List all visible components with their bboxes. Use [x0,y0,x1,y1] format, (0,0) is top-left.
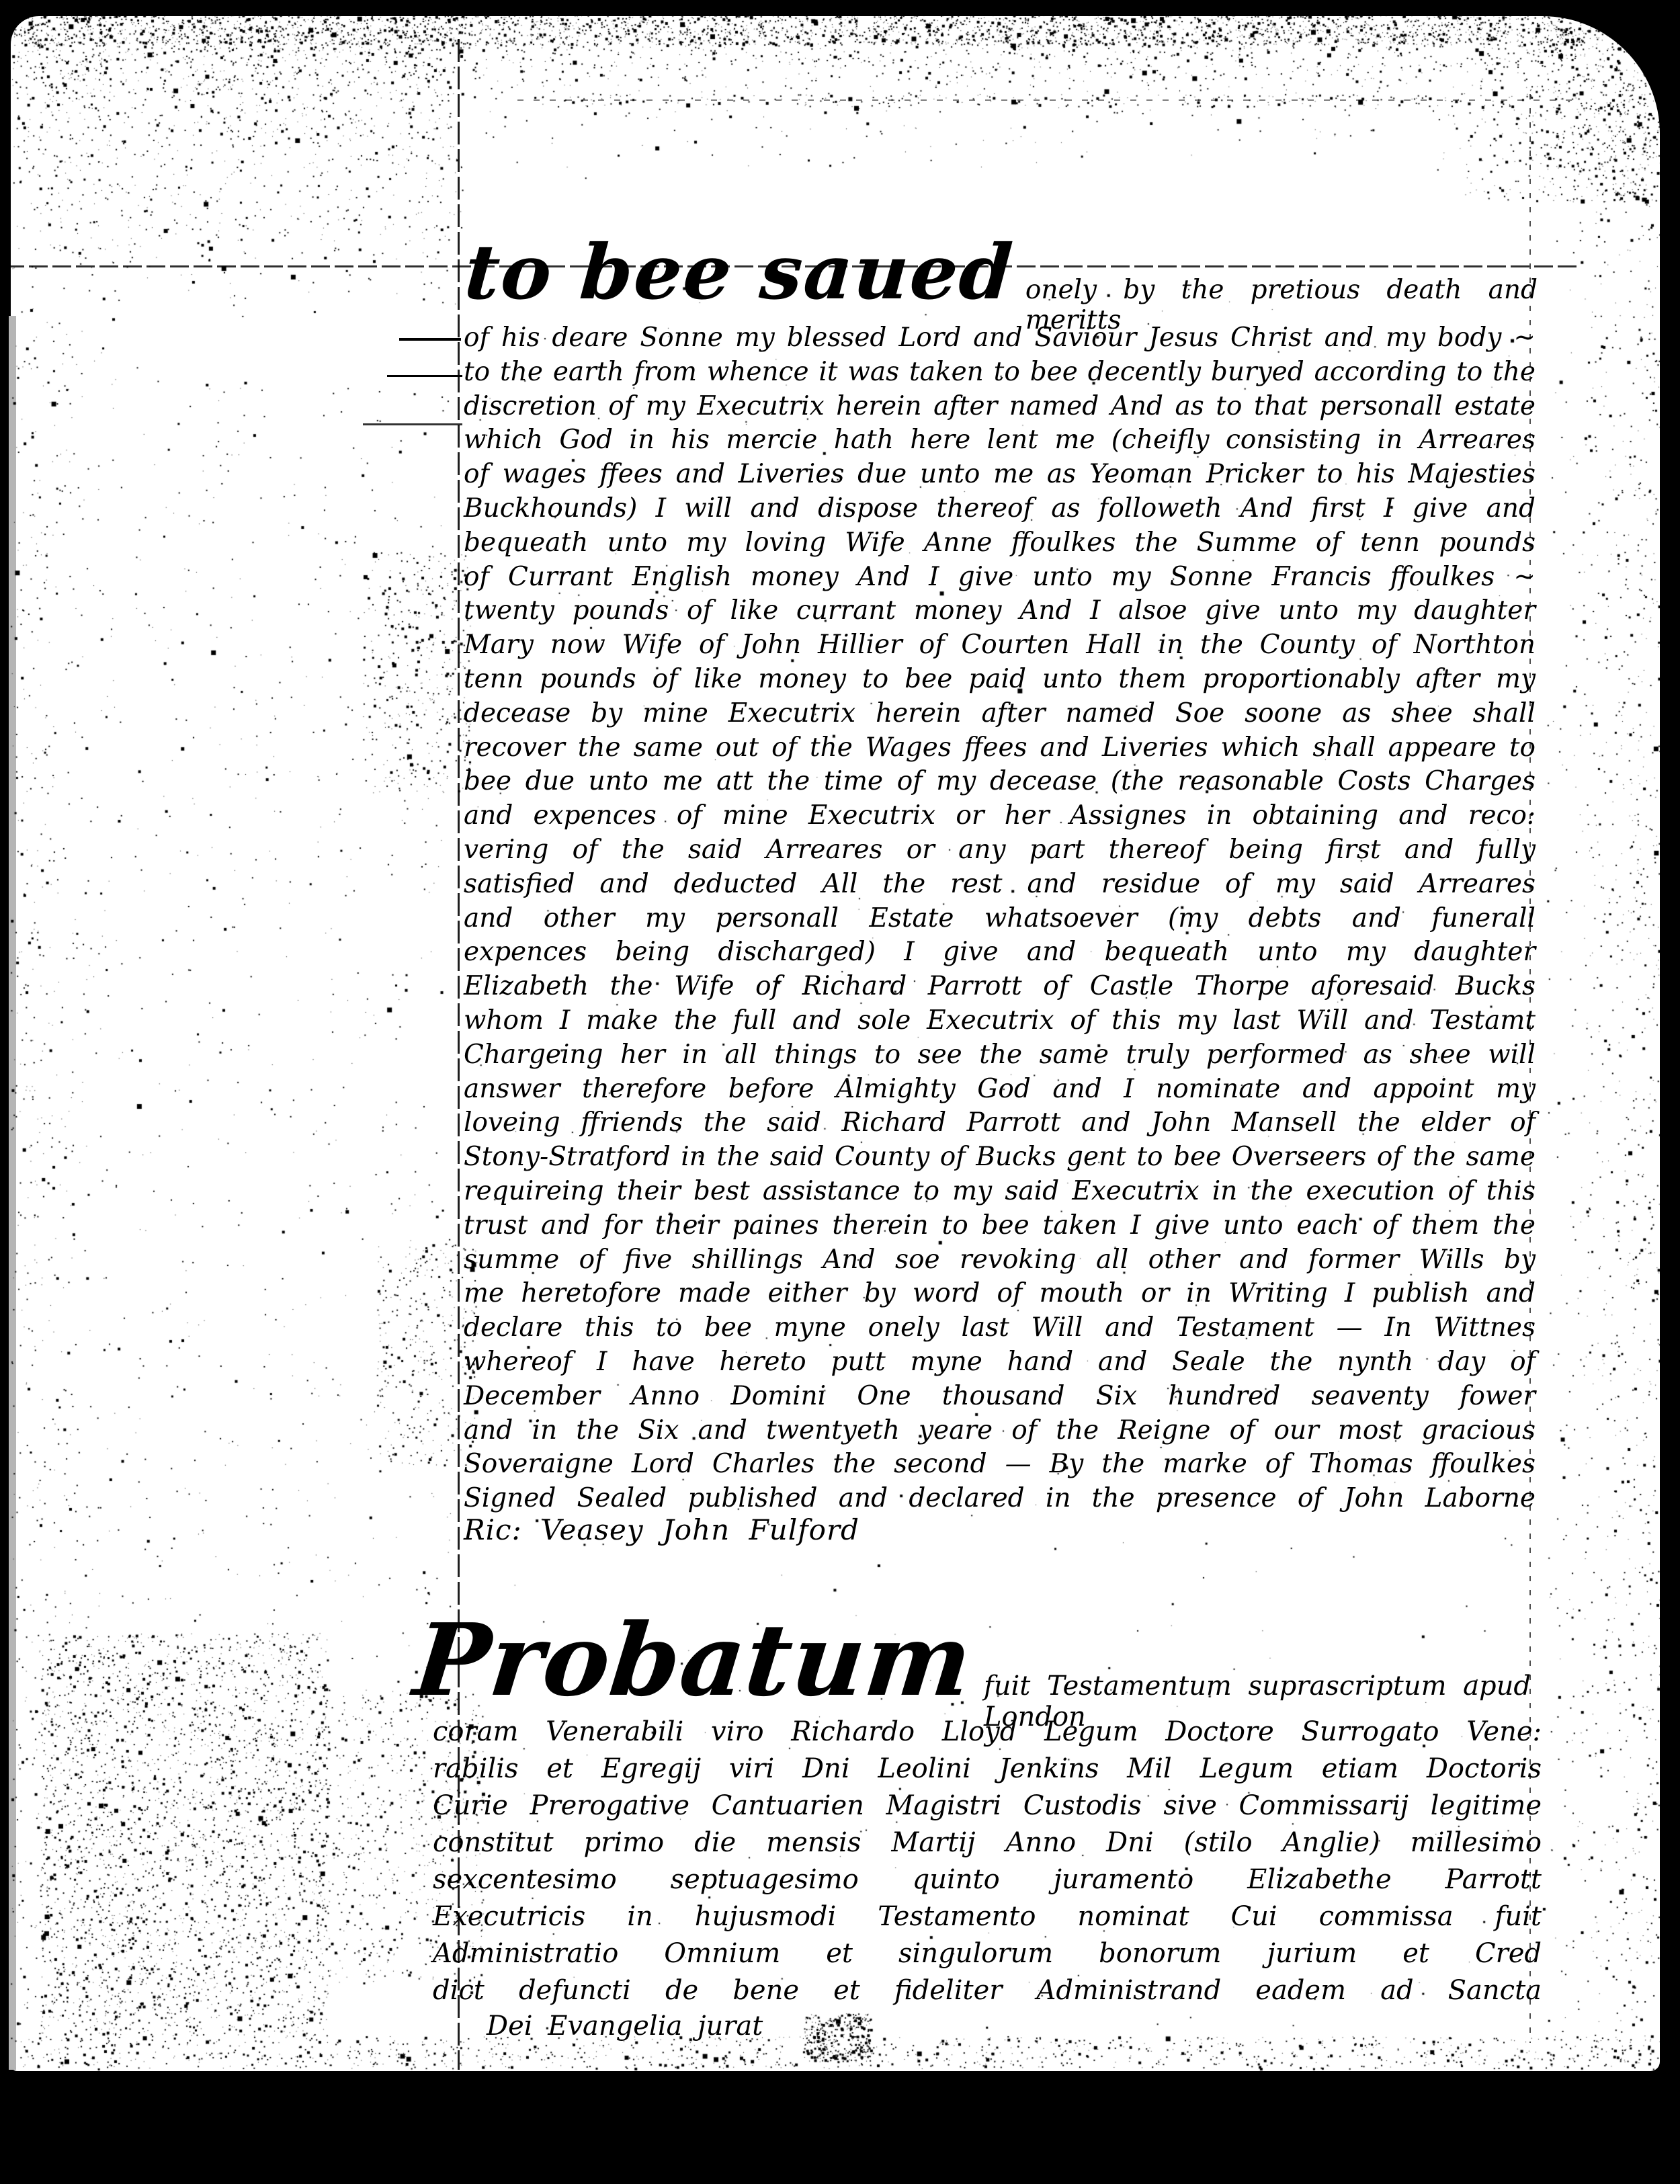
manuscript-line: Mary now Wife of John Hillier of Courten… [464,628,1536,663]
manuscript-line: Elizabeth the Wife of Richard Parrott of… [464,970,1536,1004]
manuscript-line: satisfied and deducted All the rest and … [464,868,1536,902]
manuscript-line: Soveraigne Lord Charles the second — By … [464,1447,1536,1482]
probate-opening-word: Probatum [410,1610,976,1710]
probate-line: Curie Prerogative Cantuarien Magistri Cu… [433,1788,1542,1824]
manuscript-line: December Anno Domini One thousand Six hu… [464,1380,1536,1414]
manuscript-line: answer therefore before Almighty God and… [464,1073,1536,1107]
manuscript-line: Signed Sealed published and declared in … [464,1482,1536,1516]
probate-line: Executricis in hujusmodi Testamento nomi… [433,1898,1542,1935]
manuscript-line: declare this to bee myne onely last Will… [464,1311,1536,1345]
top-faint-rule-line [517,99,1572,101]
manuscript-line: trust and for their paines therein to be… [464,1209,1536,1243]
manuscript-line: expences being discharged) I give and be… [464,935,1536,970]
manuscript-line: and in the Six and twentyeth yeare of th… [464,1414,1536,1448]
manuscript-line: decease by mine Executrix herein after n… [464,697,1536,731]
manuscript-line: me heretofore made either by word of mou… [464,1277,1536,1311]
manuscript-line: to the earth from whence it was taken to… [464,355,1536,390]
manuscript-line: Stony-Stratford in the said County of Bu… [464,1140,1536,1175]
manuscript-line: whereof I have hereto putt myne hand and… [464,1345,1536,1380]
manuscript-line: bequeath unto my loving Wife Anne ffoulk… [464,526,1536,560]
manuscript-line: summe of five shillings And soe revoking… [464,1243,1536,1277]
margin-dash-mark [387,375,462,377]
manuscript-line: loveing ffriends the said Richard Parrot… [464,1106,1536,1140]
will-text-block: of his deare Sonne my blessed Lord and S… [464,321,1536,1516]
manuscript-line: of his deare Sonne my blessed Lord and S… [464,321,1536,355]
probate-closing-line: Dei Evangelia jurat [487,2011,763,2042]
manuscript-line: bee due unto me att the time of my decea… [464,765,1536,799]
manuscript-line: twenty pounds of like currant money And … [464,594,1536,628]
witness-signatures-line: Ric: Veasey John Fulford [464,1513,859,1546]
manuscript-line: and other my personall Estate whatsoever… [464,902,1536,936]
manuscript-line: discretion of my Executrix herein after … [464,390,1536,424]
probate-line: constitut primo die mensis Martij Anno D… [433,1824,1542,1861]
probate-line: Administratio Omnium et singulorum bonor… [433,1935,1542,1972]
manuscript-line: Buckhounds) I will and dispose thereof a… [464,492,1536,526]
manuscript-line: recover the same out of the Wages ffees … [464,731,1536,765]
manuscript-line: of wages ffees and Liveries due unto me … [464,458,1536,492]
probate-line: rabilis et Egregij viri Dni Leolini Jenk… [433,1751,1542,1788]
manuscript-line: requireing their best assistance to my s… [464,1175,1536,1209]
margin-dash-mark [399,338,461,341]
probate-text-block: coram Venerabili viro Richardo Lloyd Leg… [433,1714,1542,2009]
manuscript-line: whom I make the full and sole Executrix … [464,1004,1536,1038]
scanned-manuscript: { "page": { "paper_color": "#ffffff", "s… [0,0,1680,2184]
margin-dash-mark [363,423,462,425]
manuscript-line: which God in his mercie hath here lent m… [464,423,1536,458]
will-opening-words: to bee saued [462,235,1016,310]
manuscript-line: Chargeing her in all things to see the s… [464,1038,1536,1073]
manuscript-line: tenn pounds of like money to bee paid un… [464,663,1536,697]
manuscript-line: and expences of mine Executrix or her As… [464,799,1536,833]
probate-line: coram Venerabili viro Richardo Lloyd Leg… [433,1714,1542,1751]
manuscript-line: of Currant English money And I give unto… [464,560,1536,595]
probate-line: sexcentesimo septuagesimo quinto juramen… [433,1861,1542,1898]
manuscript-line: vering of the said Arreares or any part … [464,833,1536,868]
will-opening-row: to bee saued onely by the pretious death… [462,235,1538,335]
probate-line: dict defuncti de bene et fideliter Admin… [433,1972,1542,2009]
